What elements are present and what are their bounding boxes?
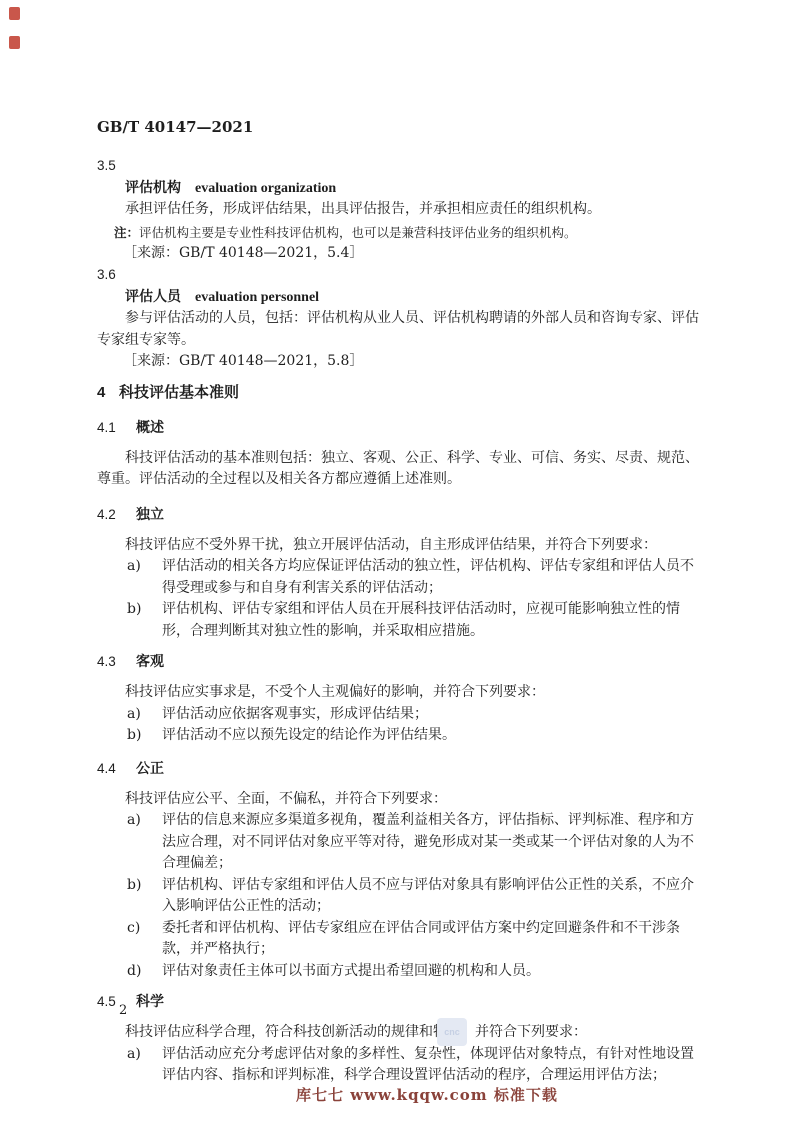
clause-4-4-intro: 科技评估应公平、全面，不偏私，并符合下列要求： [97,789,702,811]
list-item: b) 评估活动不应以预先设定的结论作为评估结果。 [97,725,702,747]
clause-4-4-number: 4.4 [97,758,123,780]
stamp-text: cnc [444,1027,460,1037]
note-label: 注： [114,226,139,240]
list-item-label: a) [97,556,162,599]
clause-4-3-heading: 4.3客观 [97,650,702,673]
clause-4-5-intro: 科技评估应科学合理，符合科技创新活动的规律和特点，并符合下列要求： [97,1022,702,1044]
clause-4-4-heading: 4.4公正 [97,757,702,780]
list-item: a) 评估活动应依据客观事实，形成评估结果； [97,704,702,726]
clause-4-5-title: 科学 [136,993,164,1009]
page-number: 2 [119,1003,127,1018]
list-item-text: 评估的信息来源应多渠道多视角，覆盖利益相关各方，评估指标、评判标准、程序和方法应… [162,810,702,875]
clause-4-3-title: 客观 [136,653,164,669]
list-item: a) 评估的信息来源应多渠道多视角，覆盖利益相关各方，评估指标、评判标准、程序和… [97,810,702,875]
term-3-5-chinese: 评估机构 [125,179,181,195]
list-item-label: a) [97,1044,162,1087]
chapter-4-title: 科技评估基本准则 [119,384,239,401]
clause-4-1-number: 4.1 [97,417,123,439]
clause-4-2-intro: 科技评估应不受外界干扰，独立开展评估活动，自主形成评估结果，并符合下列要求： [97,535,702,557]
clause-4-3-number: 4.3 [97,651,123,673]
term-3-6-number: 3.6 [97,264,702,286]
document-page: GB/T 40147—2021 3.5 评估机构evaluation organ… [0,0,793,1122]
list-item-text: 评估活动应充分考虑评估对象的多样性、复杂性，体现评估对象特点，有针对性地设置评估… [162,1044,702,1087]
clause-4-4-title: 公正 [136,760,164,776]
page-content: GB/T 40147—2021 3.5 评估机构evaluation organ… [97,118,702,1087]
list-item: c) 委托者和评估机构、评估专家组应在评估合同或评估方案中约定回避条件和不干涉条… [97,918,702,961]
term-3-5-definition: 承担评估任务，形成评估结果，出具评估报告，并承担相应责任的组织机构。 [97,199,702,221]
list-item-label: a) [97,810,162,875]
list-item-text: 评估机构、评估专家组和评估人员在开展科技评估活动时，应视可能影响独立性的情形，合… [162,599,702,642]
list-item: a) 评估活动应充分考虑评估对象的多样性、复杂性，体现评估对象特点，有针对性地设… [97,1044,702,1087]
term-3-5-title: 评估机构evaluation organization [97,177,702,200]
list-item: b) 评估机构、评估专家组和评估人员在开展科技评估活动时，应视可能影响独立性的情… [97,599,702,642]
list-item-label: a) [97,704,162,726]
list-item-label: d) [97,961,162,983]
faint-stamp-badge: cnc [437,1018,467,1046]
term-3-6-chinese: 评估人员 [125,288,181,304]
list-item-label: c) [97,918,162,961]
download-site-watermark: 库七七 www.kqqw.com 标准下载 [296,1084,558,1105]
list-item-text: 评估活动不应以预先设定的结论作为评估结果。 [162,725,702,747]
term-3-5-source: ［来源：GB/T 40148—2021，5.4］ [97,243,702,265]
clause-4-1-heading: 4.1概述 [97,416,702,439]
term-3-6-english: evaluation personnel [195,290,319,305]
list-item-text: 评估机构、评估专家组和评估人员不应与评估对象具有影响评估公正性的关系，不应介入影… [162,875,702,918]
term-3-5-english: evaluation organization [195,181,336,196]
list-item: b) 评估机构、评估专家组和评估人员不应与评估对象具有影响评估公正性的关系，不应… [97,875,702,918]
standard-number-header: GB/T 40147—2021 [97,118,702,136]
list-item-text: 评估对象责任主体可以书面方式提出希望回避的机构和人员。 [162,961,702,983]
list-item: a) 评估活动的相关各方均应保证评估活动的独立性，评估机构、评估专家组和评估人员… [97,556,702,599]
list-item: d) 评估对象责任主体可以书面方式提出希望回避的机构和人员。 [97,961,702,983]
list-item-text: 评估活动的相关各方均应保证评估活动的独立性，评估机构、评估专家组和评估人员不得受… [162,556,702,599]
red-corner-mark-bottom [9,36,20,49]
clause-4-5-heading: 4.5科学 [97,990,702,1013]
term-3-5-note: 注：评估机构主要是专业性科技评估机构，也可以是兼营科技评估业务的组织机构。 [97,223,702,243]
clause-4-2-number: 4.2 [97,504,123,526]
clause-4-3-intro: 科技评估应实事求是，不受个人主观偏好的影响，并符合下列要求： [97,682,702,704]
list-item-label: b) [97,599,162,642]
list-item-text: 评估活动应依据客观事实，形成评估结果； [162,704,702,726]
note-text: 评估机构主要是专业性科技评估机构，也可以是兼营科技评估业务的组织机构。 [139,225,577,240]
term-3-6-source: ［来源：GB/T 40148—2021，5.8］ [97,351,702,373]
clause-4-2-heading: 4.2独立 [97,503,702,526]
term-3-5-number: 3.5 [97,155,702,177]
clause-4-2-title: 独立 [136,506,164,522]
list-item-label: b) [97,875,162,918]
chapter-4-number: 4 [97,382,119,404]
chapter-4-heading: 4科技评估基本准则 [97,382,702,404]
clause-4-1-paragraph: 科技评估活动的基本准则包括：独立、客观、公正、科学、专业、可信、务实、尽责、规范… [97,448,702,491]
list-item-text: 委托者和评估机构、评估专家组应在评估合同或评估方案中约定回避条件和不干涉条款，并… [162,918,702,961]
term-3-6-definition: 参与评估活动的人员，包括：评估机构从业人员、评估机构聘请的外部人员和咨询专家、评… [97,308,702,351]
red-corner-mark-top [9,7,20,20]
term-3-6-title: 评估人员evaluation personnel [97,286,702,309]
list-item-label: b) [97,725,162,747]
clause-4-1-title: 概述 [136,419,164,435]
